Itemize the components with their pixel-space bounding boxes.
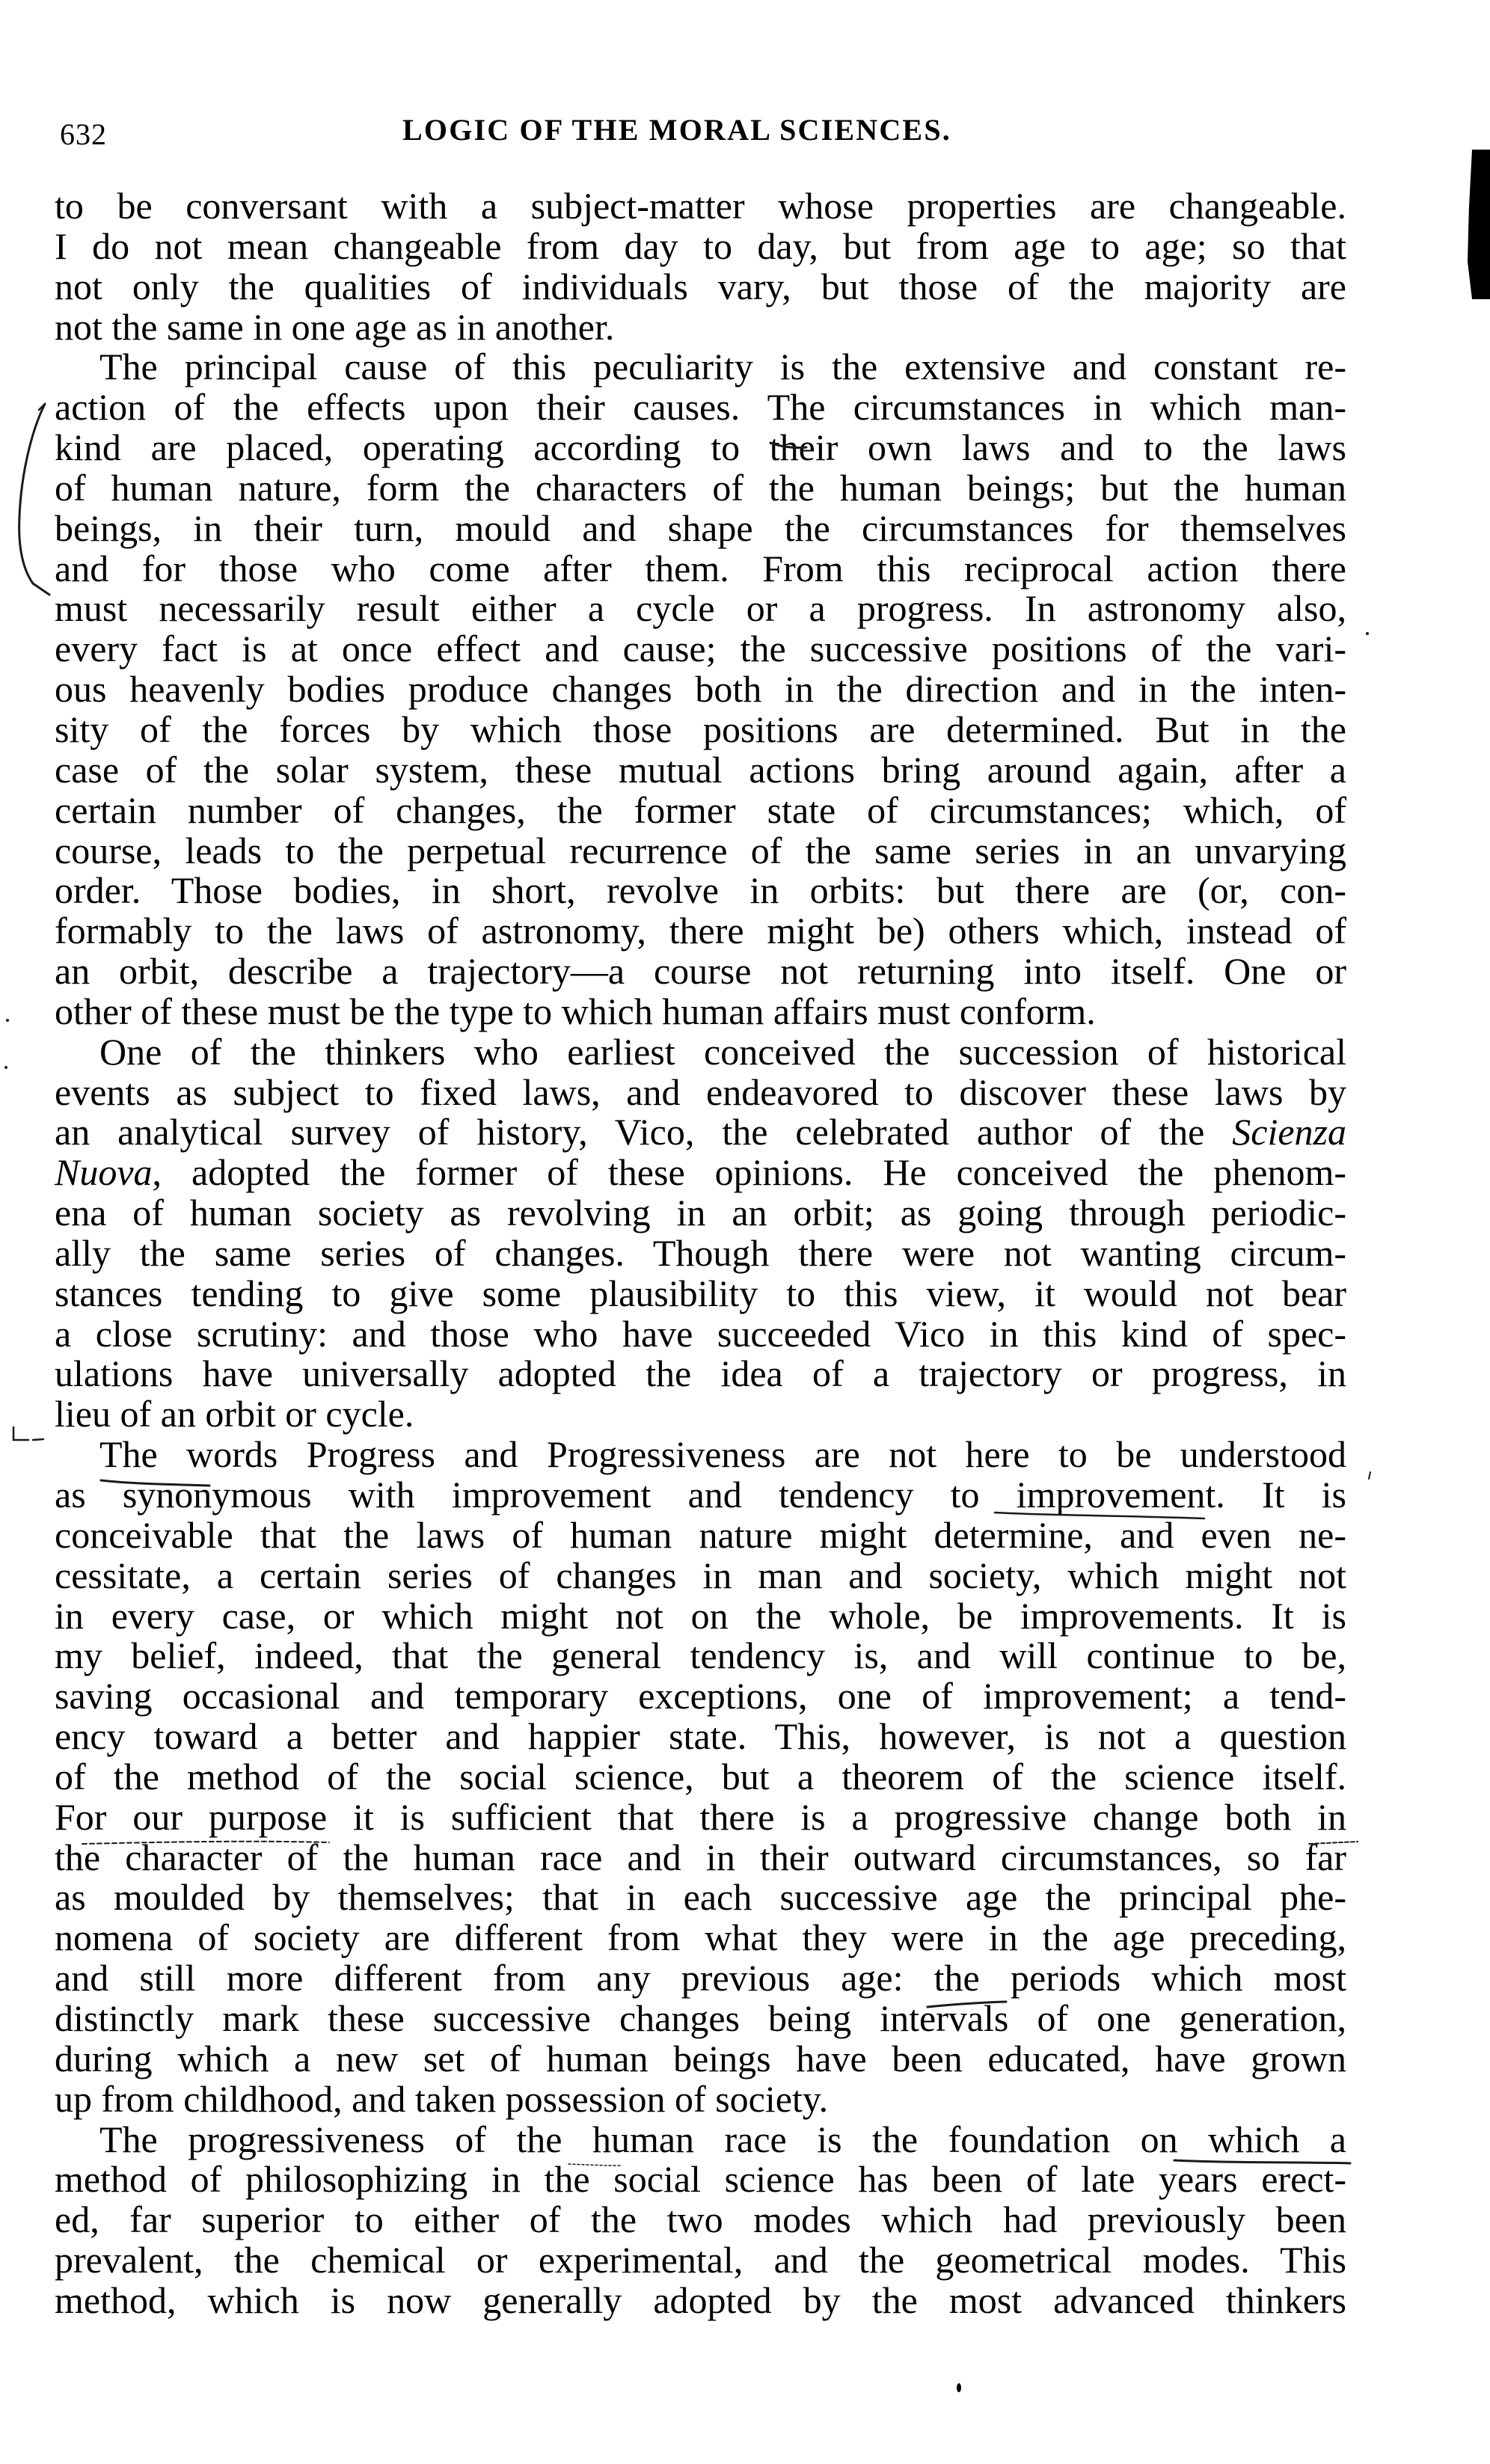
text-line: not the same in one age as in another.	[55, 307, 1346, 348]
text-line: method of philosophizing in the social s…	[55, 2160, 1346, 2200]
margin-dot-icon	[6, 1019, 9, 1022]
text-line: stances tending to give some plausibilit…	[55, 1274, 1346, 1314]
text-line: ous heavenly bodies produce changes both…	[55, 669, 1346, 710]
text-line: and for those who come after them. From …	[55, 549, 1346, 589]
paragraph-2: The principal cause of this peculiarity …	[55, 347, 1346, 1032]
text-line: For our purpose it is sufficient that th…	[55, 1798, 1346, 1838]
margin-corner-icon	[13, 1427, 43, 1440]
text-line-with-italic: an analytical survey of history, Vico, t…	[55, 1112, 1346, 1153]
page-number: 632	[60, 118, 107, 151]
text-line: nomena of society are different from wha…	[55, 1918, 1346, 1958]
text-line: up from childhood, and taken possession …	[55, 2080, 1346, 2120]
text-line: ena of human society as revolving in an …	[55, 1193, 1346, 1233]
italic-title: Scienza	[1232, 1111, 1346, 1153]
text-line: lieu of an orbit or cycle.	[55, 1394, 1346, 1435]
text-line: saving occasional and temporary exceptio…	[55, 1676, 1346, 1717]
paragraph-5: The progressiveness of the human race is…	[55, 2120, 1346, 2321]
margin-dot-icon	[1366, 632, 1369, 635]
text-line: as synonymous with improvement and tende…	[55, 1475, 1346, 1516]
text-line: ency toward a better and happier state. …	[55, 1717, 1346, 1757]
text-line: One of the thinkers who earliest conceiv…	[55, 1032, 1346, 1073]
text-line: my belief, indeed, that the general tend…	[55, 1636, 1346, 1676]
text-line: I do not mean changeable from day to day…	[55, 227, 1346, 267]
text-line: the character of the human race and in t…	[55, 1838, 1346, 1878]
margin-bracket-icon	[19, 404, 49, 595]
text-line: The words Progress and Progressiveness a…	[55, 1435, 1346, 1475]
paragraph-3: One of the thinkers who earliest conceiv…	[55, 1032, 1346, 1435]
text-line-with-italic: Nuova, adopted the former of these opini…	[55, 1153, 1346, 1193]
margin-tick-icon	[1369, 1472, 1370, 1479]
text-line: ally the same series of changes. Though …	[55, 1233, 1346, 1274]
text-line: cessitate, a certain series of changes i…	[55, 1556, 1346, 1596]
paragraph-4: The words Progress and Progressiveness a…	[55, 1435, 1346, 2119]
text-line: sity of the forces by which those positi…	[55, 710, 1346, 750]
scan-edge-shadow	[1468, 150, 1490, 299]
text-line: of human nature, form the characters of …	[55, 468, 1346, 509]
text-line: of the method of the social science, but…	[55, 1757, 1346, 1798]
text-line: during which a new set of human beings h…	[55, 2039, 1346, 2080]
text-line: formably to the laws of astronomy, there…	[55, 911, 1346, 951]
paragraph-1: to be conversant with a subject-matter w…	[55, 186, 1346, 347]
text-line: beings, in their turn, mould and shape t…	[55, 509, 1346, 549]
text-line: distinctly mark these successive changes…	[55, 1999, 1346, 2039]
text-line: to be conversant with a subject-matter w…	[55, 186, 1346, 227]
page-header: 632 LOGIC OF THE MORAL SCIENCES.	[57, 112, 1351, 150]
text-line: not only the qualities of individuals va…	[55, 267, 1346, 307]
text-line: method, which is now generally adopted b…	[55, 2281, 1346, 2321]
text-line: ulations have universally adopted the id…	[55, 1354, 1346, 1394]
text-line: and still more different from any previo…	[55, 1958, 1346, 1999]
text-line: ed, far superior to either of the two mo…	[55, 2200, 1346, 2240]
scan-speck	[957, 2383, 961, 2392]
text-line: every fact is at once effect and cause; …	[55, 629, 1346, 669]
text-line: kind are placed, operating according to …	[55, 428, 1346, 468]
text-line: conceivable that the laws of human natur…	[55, 1516, 1346, 1556]
italic-title: Nuova	[55, 1151, 153, 1193]
running-title: LOGIC OF THE MORAL SCIENCES.	[402, 114, 951, 147]
text-line: in every case, or which might not on the…	[55, 1596, 1346, 1637]
text-line: must necessarily result either a cycle o…	[55, 589, 1346, 629]
text-line: The principal cause of this peculiarity …	[55, 347, 1346, 387]
text-line: prevalent, the chemical or experimental,…	[55, 2240, 1346, 2281]
body-text: to be conversant with a subject-matter w…	[55, 186, 1346, 2321]
margin-dot-icon	[4, 1066, 7, 1069]
text-line: course, leads to the perpetual recurrenc…	[55, 831, 1346, 871]
text-line: The progressiveness of the human race is…	[55, 2120, 1346, 2160]
book-page: 632 LOGIC OF THE MORAL SCIENCES. to be c…	[0, 0, 1490, 2464]
margin-tick-icon	[39, 404, 45, 410]
text-line: order. Those bodies, in short, revolve i…	[55, 871, 1346, 911]
text-line: an orbit, describe a trajectory—a course…	[55, 951, 1346, 992]
text-line: certain number of changes, the former st…	[55, 791, 1346, 831]
text-line: as moulded by themselves; that in each s…	[55, 1878, 1346, 1918]
text-line: other of these must be the type to which…	[55, 992, 1346, 1032]
text-line: action of the effects upon their causes.…	[55, 387, 1346, 428]
text-line: case of the solar system, these mutual a…	[55, 750, 1346, 791]
text-line: a close scrutiny: and those who have suc…	[55, 1314, 1346, 1355]
text-line: events as subject to fixed laws, and end…	[55, 1073, 1346, 1113]
